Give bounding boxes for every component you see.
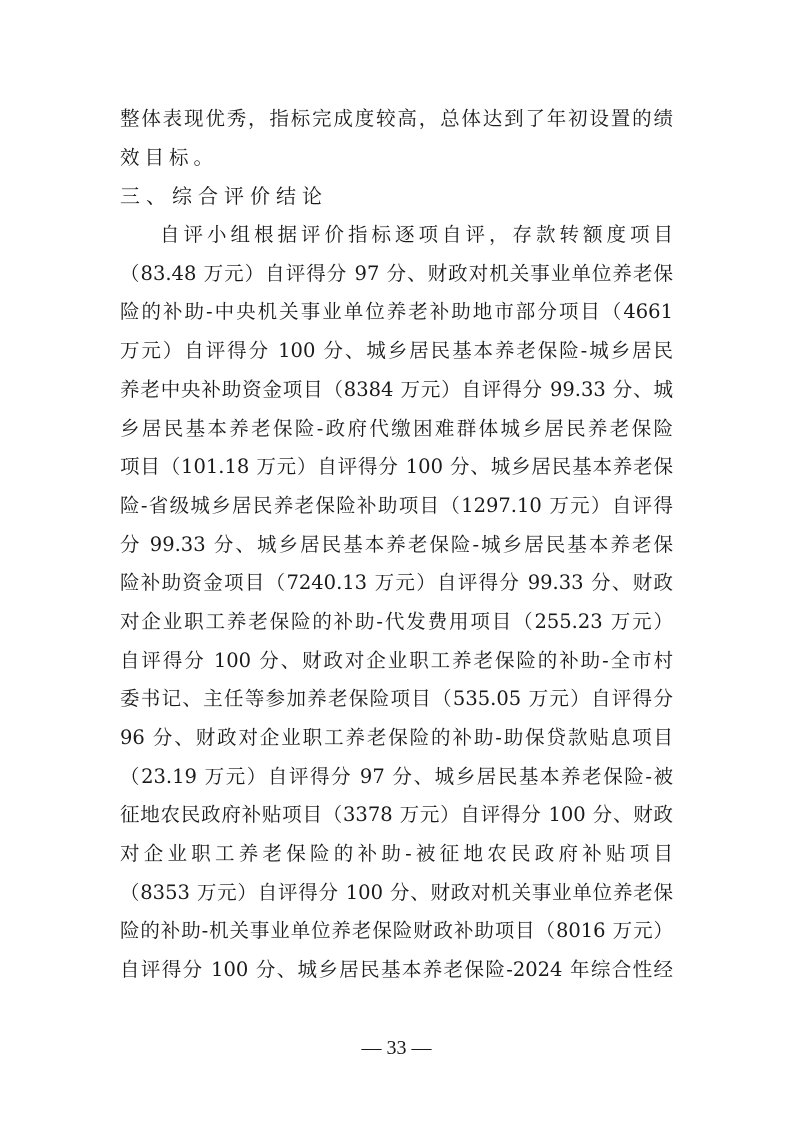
paragraph-line: （23.19 万元）自评得分 97 分、城乡居民基本养老保险-被	[120, 758, 673, 797]
paragraph-line: 养老中央补助资金项目（8384 万元）自评得分 99.33 分、城	[120, 371, 673, 410]
paragraph-line: 整体表现优秀，指标完成度较高，总体达到了年初设置的绩	[120, 100, 673, 139]
paragraph-line: （83.48 万元）自评得分 97 分、财政对机关事业单位养老保	[120, 255, 673, 294]
paragraph-line: 对企业职工养老保险的补助-被征地农民政府补贴项目	[120, 835, 673, 874]
paragraph-line: 96 分、财政对企业职工养老保险的补助-助保贷款贴息项目	[120, 719, 673, 758]
paragraph-line: 效目标。	[120, 139, 673, 178]
document-body: 整体表现优秀，指标完成度较高，总体达到了年初设置的绩 效目标。 三、综合评价结论…	[120, 100, 673, 990]
paragraph-line: 征地农民政府补贴项目（3378 万元）自评得分 100 分、财政	[120, 796, 673, 835]
paragraph-line: 险的补助-中央机关事业单位养老补助地市部分项目（4661	[120, 293, 673, 332]
paragraph-line: 险-省级城乡居民养老保险补助项目（1297.10 万元）自评得	[120, 487, 673, 526]
paragraph-line: 自评小组根据评价指标逐项自评，存款转额度项目	[120, 216, 673, 255]
paragraph-line: 乡居民基本养老保险-政府代缴困难群体城乡居民养老保险	[120, 410, 673, 449]
paragraph-line: 自评得分 100 分、城乡居民基本养老保险-2024 年综合性经	[120, 951, 673, 990]
paragraph-line: 对企业职工养老保险的补助-代发费用项目（255.23 万元）	[120, 603, 673, 642]
paragraph-line: 自评得分 100 分、财政对企业职工养老保险的补助-全市村	[120, 642, 673, 681]
paragraph-line: 险补助资金项目（7240.13 万元）自评得分 99.33 分、财政	[120, 564, 673, 603]
paragraph-line: （8353 万元）自评得分 100 分、财政对机关事业单位养老保	[120, 874, 673, 913]
page-number: — 33 —	[0, 1037, 793, 1060]
paragraph-line: 委书记、主任等参加养老保险项目（535.05 万元）自评得分	[120, 680, 673, 719]
paragraph-line: 万元）自评得分 100 分、城乡居民基本养老保险-城乡居民	[120, 332, 673, 371]
document-page: 整体表现优秀，指标完成度较高，总体达到了年初设置的绩 效目标。 三、综合评价结论…	[0, 0, 793, 1122]
paragraph-line: 险的补助-机关事业单位养老保险财政补助项目（8016 万元）	[120, 912, 673, 951]
paragraph-line: 分 99.33 分、城乡居民基本养老保险-城乡居民基本养老保	[120, 526, 673, 565]
paragraph-line: 项目（101.18 万元）自评得分 100 分、城乡居民基本养老保	[120, 448, 673, 487]
section-heading: 三、综合评价结论	[120, 177, 673, 216]
